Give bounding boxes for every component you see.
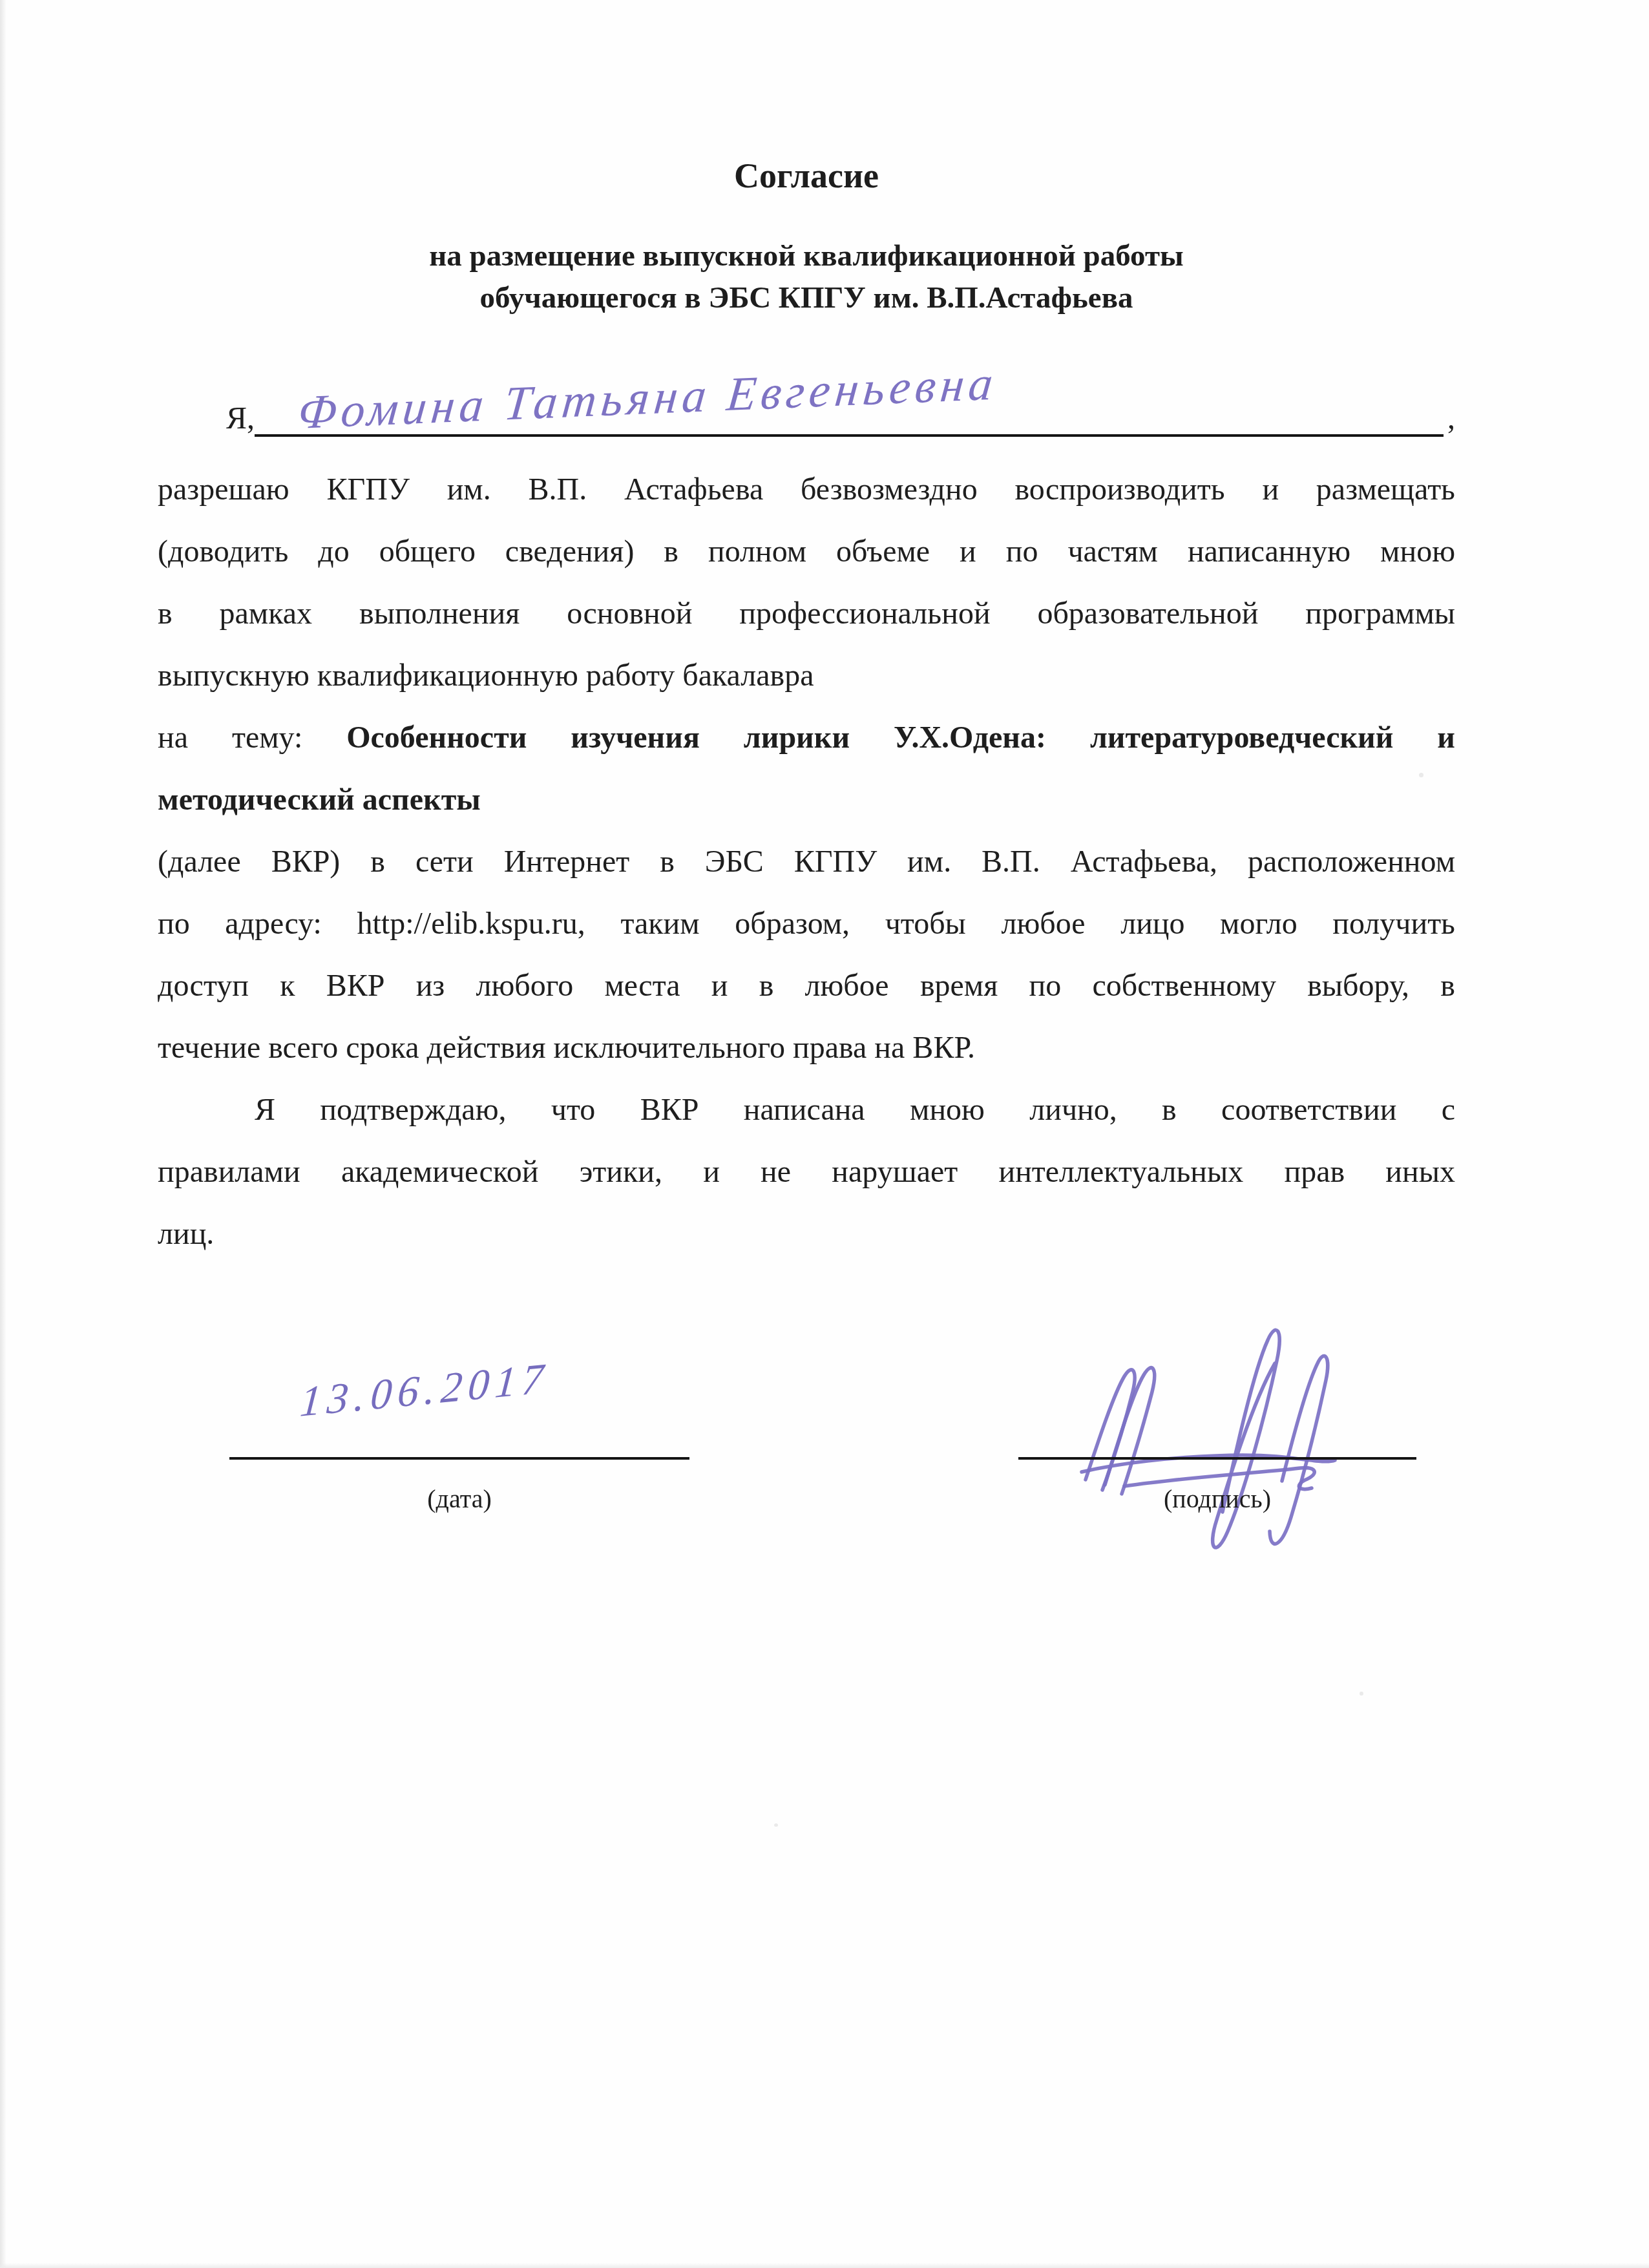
body-segment-bold: Особенности изучения лирики У.Х.Одена: л… (346, 720, 1455, 755)
body-line: лиц. (158, 1203, 1455, 1265)
body-segment: выпускную квалификационную работу бакала… (158, 658, 814, 693)
signature-footer: 13.06.2017 (дата) (подпись) (0, 1312, 1649, 1622)
body-segment: на тему: (158, 720, 346, 755)
body-segment: (далее ВКР) в сети Интернет в ЭБС КГПУ и… (158, 845, 1455, 879)
date-caption: (дата) (229, 1483, 689, 1515)
scan-speck (1360, 1692, 1363, 1696)
body-line: по адресу: http://elib.kspu.ru, таким об… (158, 893, 1455, 955)
handwritten-name: Фомина Татьяна Евгеньевна (296, 359, 1000, 437)
body-line: разрешаю КГПУ им. В.П. Астафьева безвозм… (158, 459, 1455, 521)
body-segment: лиц. (158, 1217, 214, 1251)
subtitle-line-2: обучающегося в ЭБС КПГУ им. В.П.Астафьев… (158, 277, 1455, 319)
declarant-line: Я, Фомина Татьяна Евгеньевна , (158, 381, 1455, 437)
body-line: правилами академической этики, и не нару… (158, 1141, 1455, 1203)
body-line: (далее ВКР) в сети Интернет в ЭБС КГПУ и… (158, 831, 1455, 893)
scan-speck (774, 1823, 778, 1827)
body-line: течение всего срока действия исключитель… (158, 1017, 1455, 1079)
signature-underline (1018, 1312, 1416, 1460)
body-line: в рамках выполнения основной профессиона… (158, 583, 1455, 645)
body-segment: в рамках выполнения основной профессиона… (158, 596, 1455, 631)
signature-caption: (подпись) (1018, 1483, 1416, 1515)
body-segment-bold: методический аспекты (158, 782, 481, 817)
body-segment: течение всего срока действия исключитель… (158, 1031, 975, 1065)
date-underline (229, 1312, 689, 1460)
body-line: методический аспекты (158, 769, 1455, 831)
scanned-consent-document: Согласие на размещение выпускной квалифи… (0, 0, 1649, 2268)
body-line: Я подтверждаю, что ВКР написана мною лич… (158, 1079, 1455, 1141)
document-content: Согласие на размещение выпускной квалифи… (0, 0, 1649, 1265)
consent-text: разрешаю КГПУ им. В.П. Астафьева безвозм… (158, 459, 1455, 1265)
body-line: выпускную квалификационную работу бакала… (158, 645, 1455, 707)
trailing-comma: , (1447, 401, 1455, 437)
body-line: (доводить до общего сведения) в полном о… (158, 521, 1455, 583)
name-blank-underline: Фомина Татьяна Евгеньевна (255, 379, 1444, 437)
body-line: доступ к ВКР из любого места и в любое в… (158, 955, 1455, 1017)
declarant-pronoun: Я, (158, 401, 255, 437)
scan-edge-artifact-bottom (0, 2263, 1649, 2268)
body-segment: правилами академической этики, и не нару… (158, 1155, 1455, 1189)
body-segment: (доводить до общего сведения) в полном о… (158, 534, 1455, 569)
subtitle-line-1: на размещение выпускной квалификационной… (158, 235, 1455, 277)
body-line: на тему: Особенности изучения лирики У.Х… (158, 707, 1455, 769)
document-title: Согласие (158, 156, 1455, 195)
scan-speck (1419, 773, 1423, 777)
body-segment: Я подтверждаю, что ВКР написана мною лич… (255, 1093, 1455, 1127)
document-subtitle: на размещение выпускной квалификационной… (158, 235, 1455, 319)
body-segment: по адресу: http://elib.kspu.ru, таким об… (158, 907, 1455, 941)
body-segment: разрешаю КГПУ им. В.П. Астафьева безвозм… (158, 472, 1455, 507)
body-segment: доступ к ВКР из любого места и в любое в… (158, 969, 1455, 1003)
